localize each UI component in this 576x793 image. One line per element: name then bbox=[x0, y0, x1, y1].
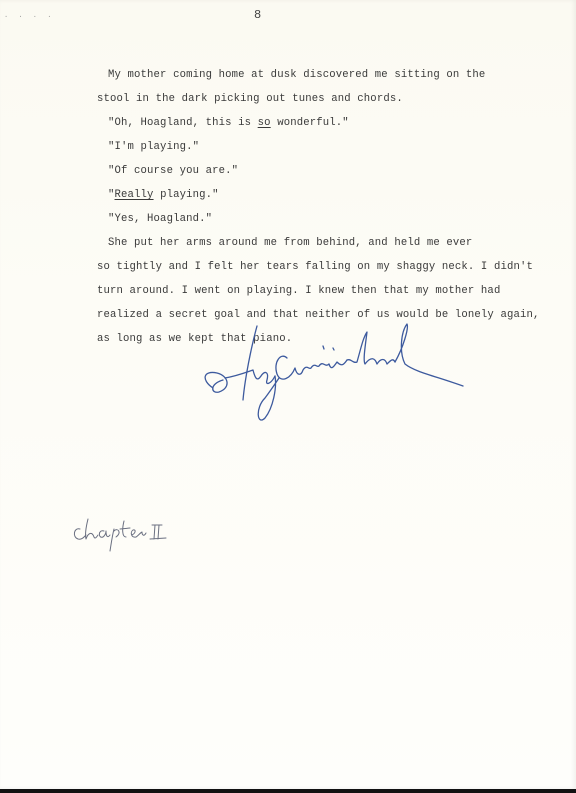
text-line: "I'm playing." bbox=[108, 141, 199, 153]
handwritten-chapter-note: Chapter II bbox=[70, 515, 170, 555]
underlined-word: Really bbox=[115, 189, 154, 201]
text-run: turn around. I went on playing. I knew t… bbox=[97, 285, 500, 297]
text-run: so tightly and I felt her tears falling … bbox=[97, 261, 533, 273]
text-line: "Of course you are." bbox=[108, 165, 238, 177]
text-run: playing." bbox=[154, 189, 219, 201]
text-line: "Oh, Hoagland, this is so wonderful." bbox=[108, 117, 349, 129]
text-line: My mother coming home at dusk discovered… bbox=[108, 69, 485, 81]
text-run: My mother coming home at dusk discovered… bbox=[108, 69, 485, 81]
page-number: 8 bbox=[254, 8, 262, 22]
margin-marks: . . . . bbox=[4, 12, 54, 20]
text-line: "Yes, Hoagland." bbox=[108, 213, 212, 225]
text-run: "Yes, Hoagland." bbox=[108, 213, 212, 225]
text-line: turn around. I went on playing. I knew t… bbox=[97, 285, 500, 297]
text-run: "Oh, Hoagland, this is bbox=[108, 117, 258, 129]
text-line: She put her arms around me from behind, … bbox=[108, 237, 472, 249]
text-line: stool in the dark picking out tunes and … bbox=[97, 93, 403, 105]
text-run: "I'm playing." bbox=[108, 141, 199, 153]
text-run: wonderful." bbox=[271, 117, 349, 129]
underlined-word: so bbox=[258, 117, 271, 129]
document-page: . . . . 8 My mother coming home at dusk … bbox=[0, 0, 576, 789]
scan-edge bbox=[0, 789, 576, 793]
text-run: "Of course you are." bbox=[108, 165, 238, 177]
signature-hoagy-carmichael: Hoagy Carmichael bbox=[195, 318, 475, 428]
text-line: so tightly and I felt her tears falling … bbox=[97, 261, 533, 273]
text-line: "Really playing." bbox=[108, 189, 219, 201]
text-run: She put her arms around me from behind, … bbox=[108, 237, 472, 249]
text-run: stool in the dark picking out tunes and … bbox=[97, 93, 403, 105]
